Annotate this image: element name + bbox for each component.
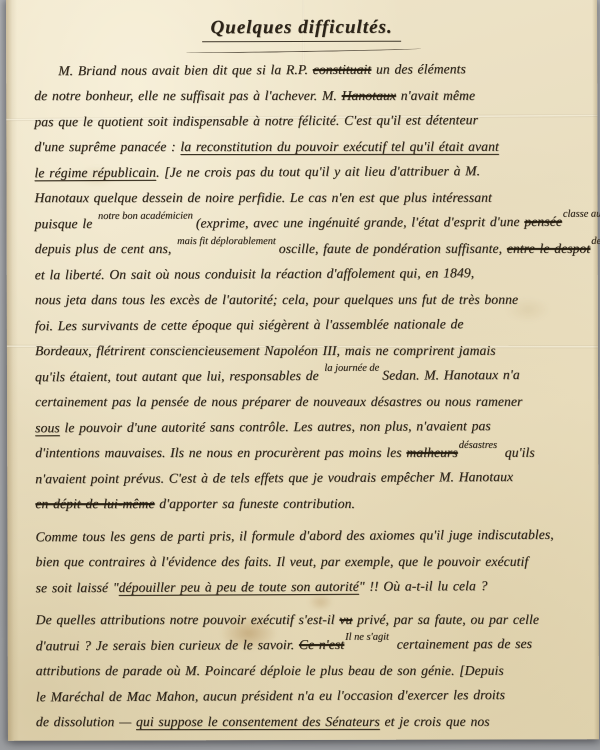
- manuscript-line: se soit laissé "dépouiller peu à peu de …: [36, 573, 592, 601]
- handwritten-text: et je crois que nos: [380, 713, 490, 728]
- underlined-text: qui suppose le consentement des Sénateur…: [136, 713, 380, 728]
- manuscript-line: De quelles attributions notre pouvoir ex…: [36, 606, 592, 632]
- handwritten-text: certainement pas de ses: [392, 636, 532, 652]
- manuscript-line: et la liberté. On sait où nous conduisit…: [35, 260, 591, 288]
- underlined-text: la reconstitution du pouvoir exécutif te…: [180, 138, 498, 153]
- manuscript-line: sous le pouvoir d'une autorité sans cont…: [35, 413, 591, 441]
- manuscript-line: Comme tous les gens de parti pris, il fo…: [35, 522, 591, 550]
- handwritten-text: bien que contraires à l'évidence des fai…: [36, 553, 529, 568]
- manuscript-line: n'avaient point prévus. C'est à de tels …: [35, 464, 591, 492]
- handwritten-text: " !! Où a-t-il lu cela ?: [359, 578, 488, 594]
- struck-text: pensée: [524, 214, 562, 229]
- manuscript-line: de dissolution — qui suppose le consente…: [36, 708, 592, 734]
- manuscript-line: foi. Les survivants de cette époque qui …: [35, 311, 591, 339]
- manuscript-line: en dépit de lui-même d'apporter sa funes…: [35, 490, 591, 516]
- struck-text: en dépit de lui-même: [35, 496, 154, 511]
- handwritten-text: oscille, faute de pondération suffisante…: [279, 240, 507, 255]
- handwritten-text: . [Je ne crois pas du tout qu'il y ait l…: [156, 163, 480, 180]
- struck-text: entre le despot: [507, 240, 590, 255]
- manuscript-line: le régime républicain. [Je ne crois pas …: [34, 158, 590, 186]
- handwritten-text: puisque le: [35, 216, 97, 231]
- manuscript-title-text: Quelques difficultés.: [203, 17, 401, 43]
- handwritten-text: n'avait même: [396, 87, 475, 102]
- manuscript-line: M. Briand nous avait bien dit que si la …: [34, 56, 590, 84]
- manuscript-line: depuis plus de cent ans, mais fit déplor…: [35, 235, 591, 261]
- manuscript-line: attributions de parade où M. Poincaré dé…: [36, 657, 592, 683]
- handwritten-text: de dissolution —: [36, 714, 136, 729]
- handwritten-text: De quelles attributions notre pouvoir ex…: [36, 611, 340, 626]
- handwritten-text: M. Briand nous avait bien dit que si la …: [58, 62, 313, 78]
- handwritten-text: d'une suprême panacée :: [34, 139, 180, 154]
- underlined-text: dépouiller peu à peu de toute son autori…: [119, 579, 359, 595]
- struck-text: Ce n'est: [299, 637, 344, 652]
- interlinear-insertion: classe autrefois dirigeante: [563, 201, 600, 227]
- handwritten-text: n'avaient point prévus. C'est à de tels …: [35, 469, 513, 486]
- handwritten-text: se soit laissé ": [36, 580, 119, 595]
- struck-text: Hanotaux: [342, 87, 396, 102]
- manuscript-line: Bordeaux, flétrirent consciencieusement …: [35, 337, 591, 363]
- manuscript-line: le Maréchal de Mac Mahon, aucun présiden…: [36, 682, 592, 710]
- handwritten-text: Comme tous les gens de parti pris, il fo…: [35, 527, 553, 544]
- manuscript-photo: Quelques difficultés. M. Briand nous ava…: [0, 0, 600, 750]
- handwritten-text: depuis plus de cent ans,: [35, 241, 176, 256]
- handwritten-text: d'autrui ? Je serais bien curieux de le …: [36, 637, 299, 653]
- manuscript-line: nous jeta dans tous les excès de l'autor…: [35, 286, 591, 312]
- handwritten-text: qu'ils étaient, tout autant que lui, res…: [35, 368, 323, 384]
- manuscript-title: Quelques difficultés.: [6, 16, 597, 43]
- struck-text: malheurs: [406, 444, 457, 459]
- manuscript-lines: M. Briand nous avait bien dit que si la …: [34, 56, 592, 734]
- manuscript-page: Quelques difficultés. M. Briand nous ava…: [6, 0, 599, 741]
- manuscript-line: certainement pas la pensée de nous prépa…: [35, 388, 591, 414]
- interlinear-insertion: Il ne s'agit: [345, 625, 389, 651]
- handwritten-text: attributions de parade où M. Poincaré dé…: [36, 662, 504, 677]
- manuscript-line: puisque le notre bon académicien(exprime…: [35, 209, 591, 237]
- interlinear-insertion: notre bon académicien: [98, 204, 193, 230]
- manuscript-line: pas que le quotient soit indispensable à…: [34, 107, 590, 135]
- handwritten-text: d'apporter sa funeste contribution.: [155, 495, 355, 510]
- underlined-text: le régime républicain: [34, 165, 156, 181]
- interlinear-insertion: désastres: [459, 432, 497, 458]
- interlinear-insertion: mais fit déplorablement: [177, 228, 276, 254]
- struck-text: constituait: [313, 62, 372, 77]
- handwritten-text: foi. Les survivants de cette époque qui …: [35, 316, 464, 333]
- handwritten-text: le Maréchal de Mac Mahon, aucun présiden…: [36, 687, 505, 704]
- handwritten-text: Hanotaux quelque dessein de noire perfid…: [35, 189, 492, 204]
- handwritten-text: Bordeaux, flétrirent consciencieusement …: [35, 342, 496, 357]
- handwritten-text: et la liberté. On sait où nous conduisit…: [35, 265, 475, 282]
- handwritten-text: Sedan. M. Hanotaux n'a: [382, 367, 520, 383]
- handwritten-text: un des éléments: [371, 61, 466, 76]
- manuscript-line: de notre bonheur, elle ne suffisait pas …: [34, 82, 590, 108]
- interlinear-insertion: de la liberté au despotisme et du: [591, 228, 600, 254]
- handwritten-text: qu'ils: [500, 444, 535, 459]
- handwritten-text: le pouvoir d'une autorité sans contrôle.…: [60, 418, 491, 435]
- handwritten-text: d'intentions mauvaises. Ils ne nous en p…: [35, 444, 406, 459]
- manuscript-line: d'intentions mauvaises. Ils ne nous en p…: [35, 439, 591, 465]
- underlined-text: sous: [35, 420, 60, 435]
- handwritten-text: de notre bonheur, elle ne suffisait pas …: [34, 87, 341, 102]
- manuscript-line: d'autrui ? Je serais bien curieux de le …: [36, 631, 592, 659]
- handwritten-text: pas que le quotient soit indispensable à…: [34, 112, 478, 129]
- manuscript-line: bien que contraires à l'évidence des fai…: [35, 548, 591, 574]
- interlinear-insertion: la journée de: [324, 356, 379, 382]
- handwritten-text: nous jeta dans tous les excès de l'autor…: [35, 291, 518, 306]
- handwritten-text: certainement pas la pensée de nous prépa…: [35, 393, 522, 408]
- manuscript-line: d'une suprême panacée : la reconstitutio…: [34, 133, 590, 159]
- manuscript-line: qu'ils étaient, tout autant que lui, res…: [35, 362, 591, 390]
